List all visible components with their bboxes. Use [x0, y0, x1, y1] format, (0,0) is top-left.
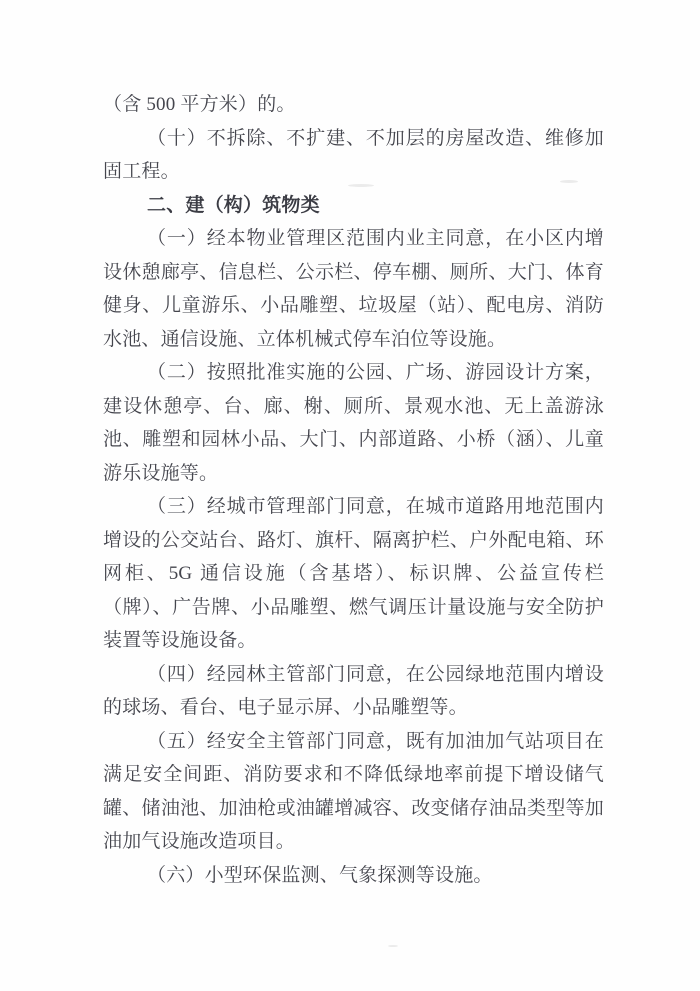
clause-2-3-paragraph: （三）经城市管理部门同意，在城市道路用地范围内增设的公交站台、路灯、旗杆、隔离护…	[103, 490, 604, 658]
document-content: （含 500 平方米）的。 （十）不拆除、不扩建、不加层的房屋改造、维修加固工程…	[103, 88, 604, 892]
paragraph-continuation: （含 500 平方米）的。	[103, 88, 604, 122]
section-2-heading: 二、建（构）筑物类	[103, 189, 604, 223]
document-page: （含 500 平方米）的。 （十）不拆除、不扩建、不加层的房屋改造、维修加固工程…	[0, 0, 700, 991]
clause-10-paragraph: （十）不拆除、不扩建、不加层的房屋改造、维修加固工程。	[103, 122, 604, 189]
scan-smudge	[348, 184, 374, 187]
clause-2-2-paragraph: （二）按照批准实施的公园、广场、游园设计方案，建设休憩亭、台、廊、榭、厕所、景观…	[103, 356, 604, 490]
scan-smudge	[560, 180, 578, 183]
scan-smudge	[388, 945, 398, 947]
clause-2-1-paragraph: （一）经本物业管理区范围内业主同意，在小区内增设休憩廊亭、信息栏、公示栏、停车棚…	[103, 222, 604, 356]
clause-2-5-paragraph: （五）经安全主管部门同意，既有加油加气站项目在满足安全间距、消防要求和不降低绿地…	[103, 725, 604, 859]
clause-2-6-paragraph: （六）小型环保监测、气象探测等设施。	[103, 859, 604, 893]
clause-2-4-paragraph: （四）经园林主管部门同意，在公园绿地范围内增设的球场、看台、电子显示屏、小品雕塑…	[103, 658, 604, 725]
